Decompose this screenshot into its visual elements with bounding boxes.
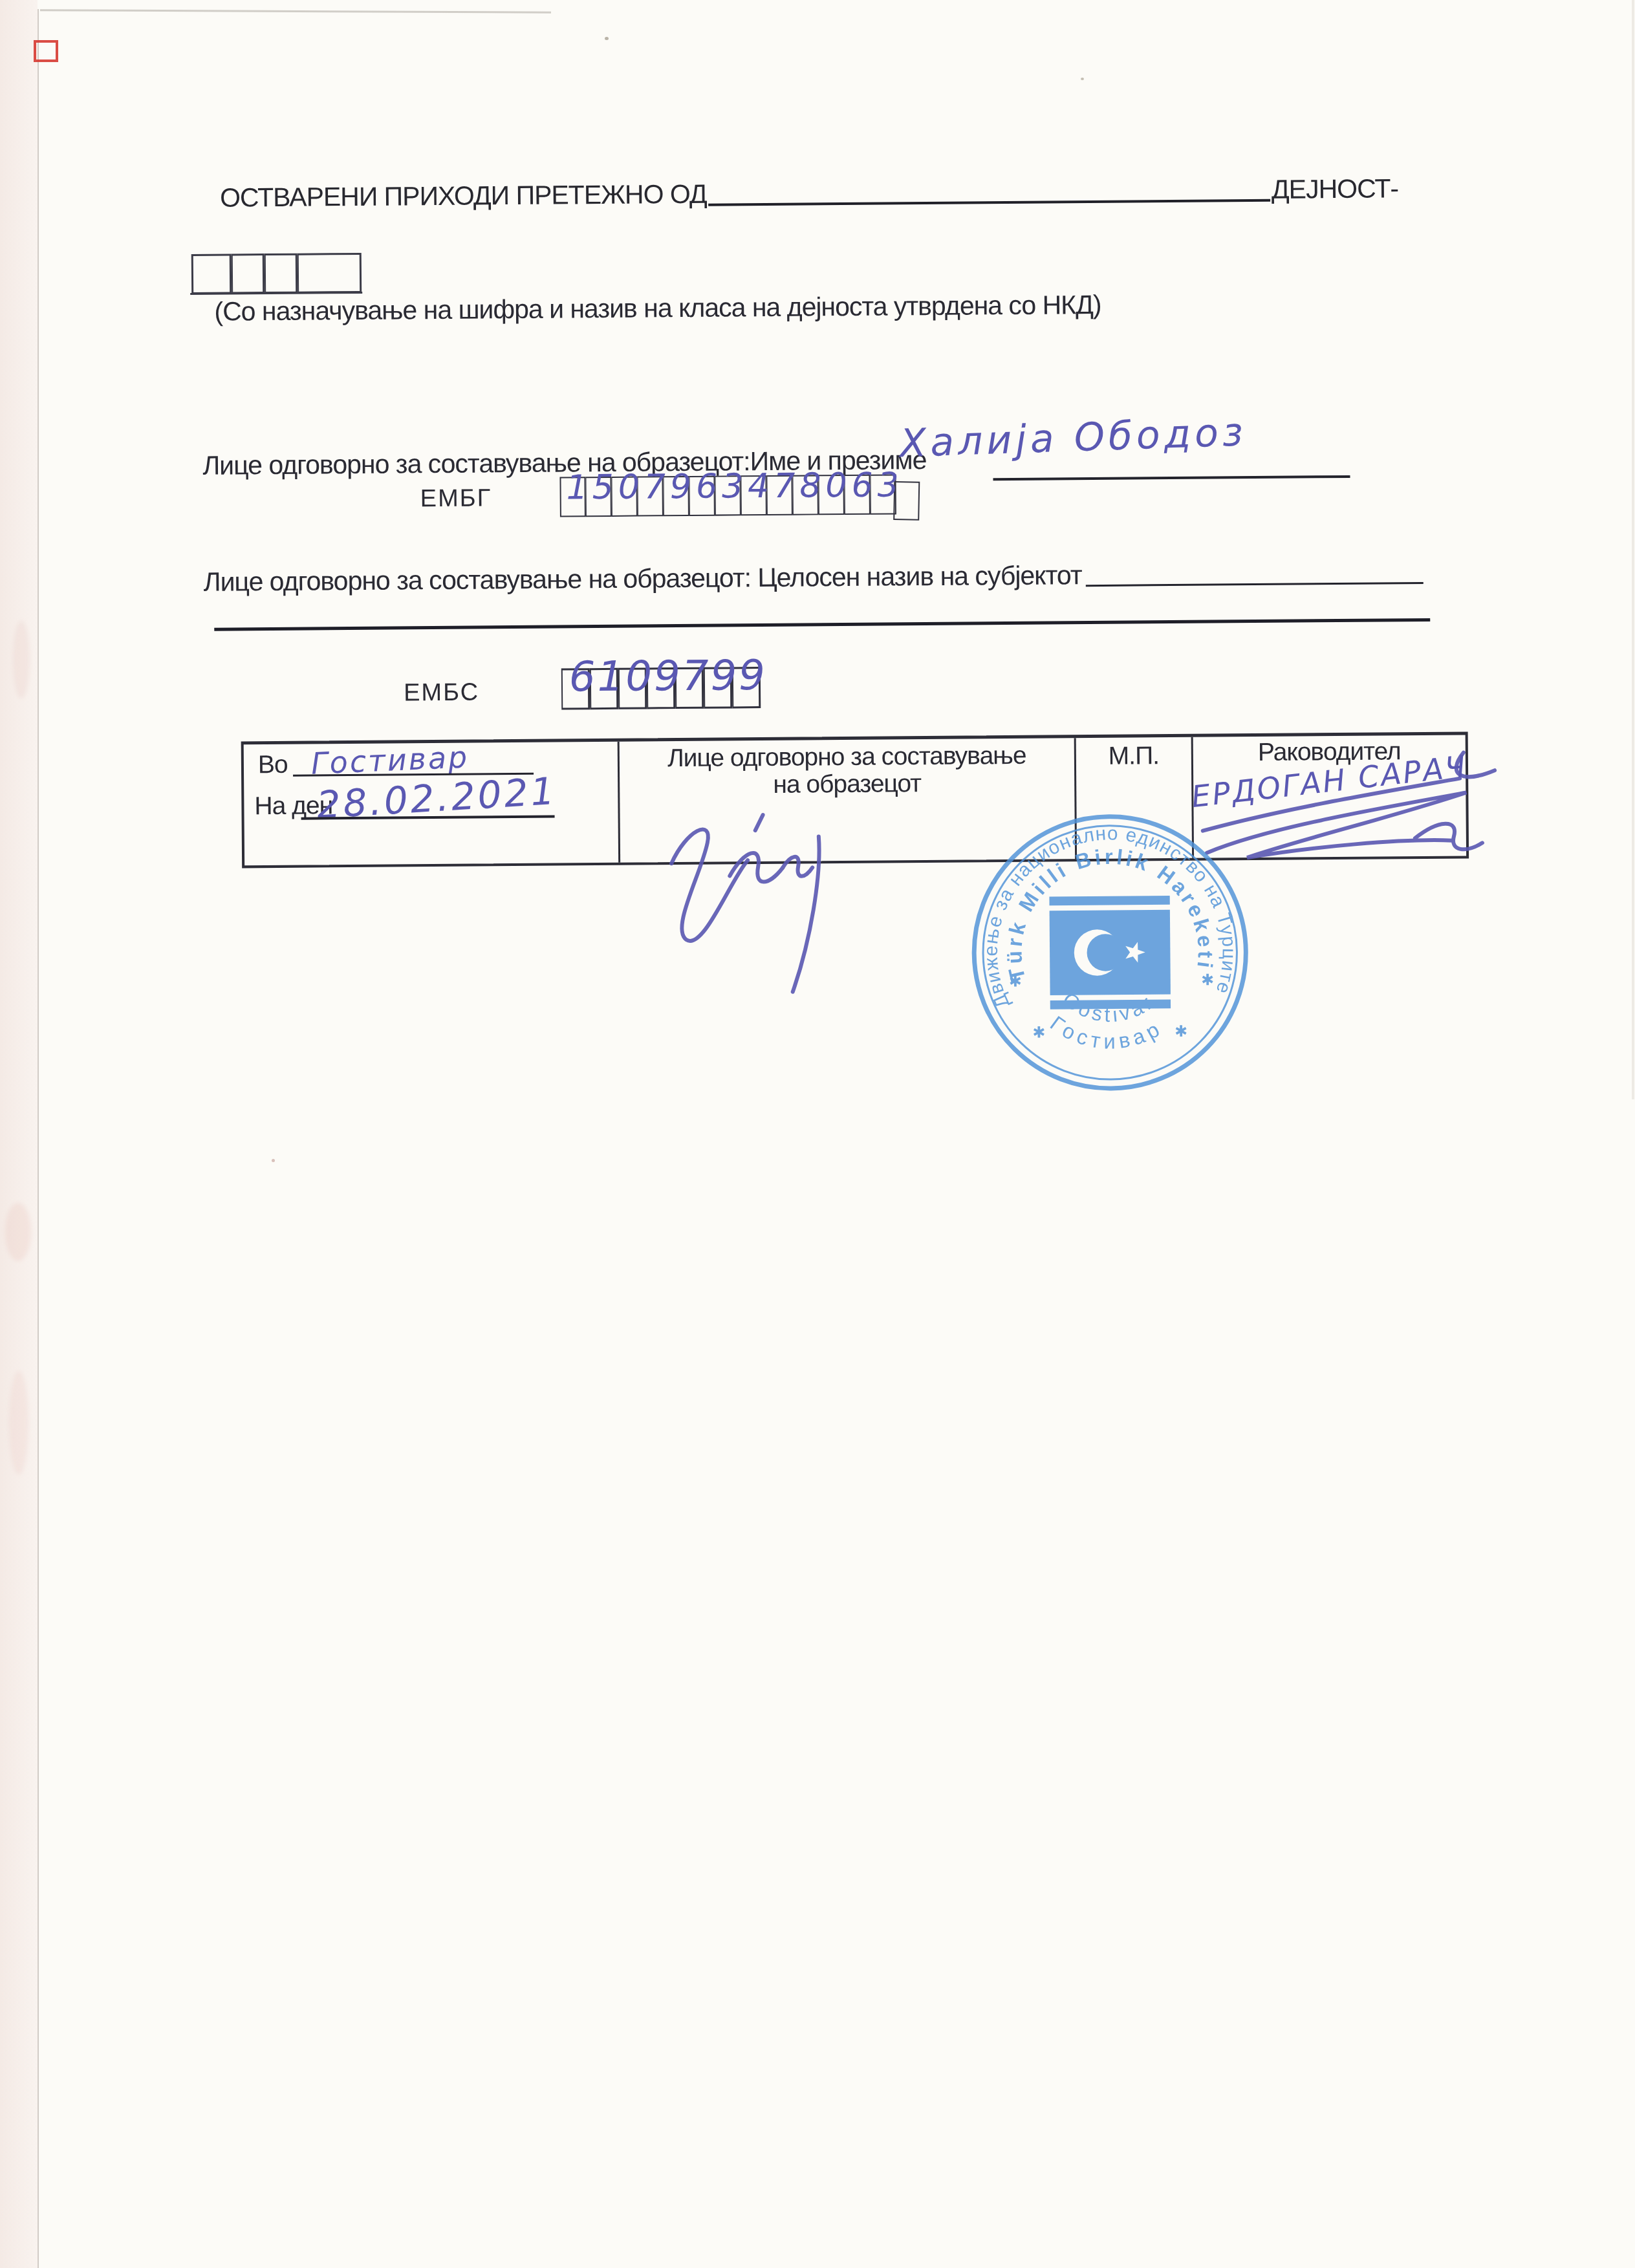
signatures-layer <box>0 0 1635 2268</box>
preparer-entity-label: Лице одговорно за составување на образец… <box>204 560 1082 598</box>
code-box <box>191 254 232 294</box>
handwritten-preparer-name: Халија Ободоз <box>899 409 1248 466</box>
embg-label: ЕМБГ <box>420 484 492 513</box>
place-label: Во <box>258 751 288 779</box>
stamp-separator-icon: ✱ <box>1032 1024 1045 1041</box>
code-box <box>265 254 298 294</box>
preparer-entity-row: Лице одговорно за составување на образец… <box>204 557 1425 598</box>
activity-code-boxes <box>191 253 362 294</box>
title-row: ОСТВАРЕНИ ПРИХОДИ ПРЕТЕЖНО ОД ДЕЈНОСТ- <box>220 173 1398 213</box>
entity-blank-line <box>1085 559 1423 587</box>
entity-second-line <box>214 618 1430 631</box>
organization-stamp: Движење за национално единство на Турцит… <box>968 810 1252 1094</box>
preparer-name-underline <box>993 475 1350 481</box>
title-prefix: ОСТВАРЕНИ ПРИХОДИ ПРЕТЕЖНО ОД <box>220 179 707 213</box>
preparer-header-line1: Лице одговорно за составување <box>620 742 1074 773</box>
handwritten-embg: 1507963478063 <box>566 466 904 507</box>
code-box <box>298 253 362 294</box>
nkd-note: (Со назначување на шифра и назив на клас… <box>214 290 1101 327</box>
title-blank-line <box>708 176 1270 206</box>
code-box <box>232 254 265 294</box>
stamp-separator-icon: ✱ <box>1009 973 1022 990</box>
scanned-form-page: ОСТВАРЕНИ ПРИХОДИ ПРЕТЕЖНО ОД ДЕЈНОСТ- (… <box>0 0 1635 2268</box>
seal-header: М.П. <box>1076 742 1191 771</box>
stamp-separator-icon: ✱ <box>1201 971 1214 989</box>
stamp-separator-icon: ✱ <box>1175 1023 1187 1041</box>
preparer-header-line2: на образецот <box>620 769 1074 800</box>
handwritten-embs: 6109799 <box>569 652 768 701</box>
crescent-star-icon <box>1049 896 1171 1010</box>
form-content: ОСТВАРЕНИ ПРИХОДИ ПРЕТЕЖНО ОД ДЕЈНОСТ- (… <box>0 0 1635 2268</box>
embs-label: ЕМБС <box>404 679 479 707</box>
title-suffix: ДЕЈНОСТ- <box>1272 173 1398 205</box>
